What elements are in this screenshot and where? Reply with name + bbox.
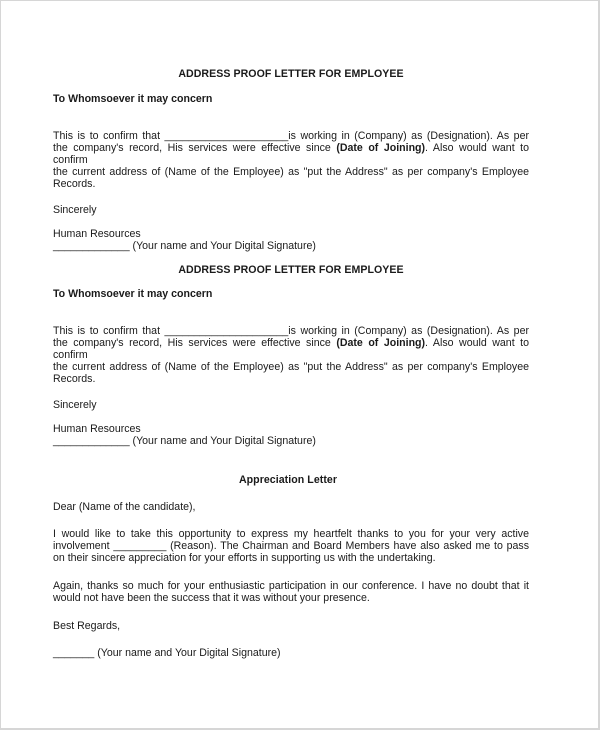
letter1-body-line1: This is to confirm that ________________… [53,130,529,142]
letter3-title: Appreciation Letter [0,474,578,486]
signature-text: (Your name and Your Digital Signature) [130,435,316,447]
letter2-body-line3: the current address of (Name of the Empl… [53,361,529,373]
letter2-body-line4: Records. [53,373,529,385]
letter1-title: ADDRESS PROOF LETTER FOR EMPLOYEE [1,68,581,80]
date-of-joining: (Date of Joining) [336,142,425,154]
letter2-salutation: To Whomsoever it may concern [53,288,529,300]
letter1-department: Human Resources [53,228,529,240]
signature-blank: _____________ [53,240,130,252]
letter1-body-line3: the current address of (Name of the Empl… [53,166,529,178]
signature-blank: _____________ [53,435,130,447]
letter3-para1-line3: on their sincere appreciation for your e… [53,552,529,564]
letter1-body-line4: Records. [53,178,529,190]
letter1-body-line2: the company's record, His services were … [53,142,529,166]
letter2-body-line1: This is to confirm that ________________… [53,325,529,337]
letter2-closing: Sincerely [53,399,529,411]
letter3-greeting: Dear (Name of the candidate), [53,501,529,513]
letter3-paragraph-2: Again, thanks so much for your enthusias… [53,580,529,604]
letter2-signature-line: _____________ (Your name and Your Digita… [53,435,529,447]
letter3-para2-line2: would not have been the success that it … [53,592,529,604]
document-page: ADDRESS PROOF LETTER FOR EMPLOYEE To Who… [0,0,600,730]
employee-name-blank: _____________________ [165,325,289,337]
date-of-joining: (Date of Joining) [336,337,425,349]
letter1-salutation: To Whomsoever it may concern [53,93,529,105]
signature-text: (Your name and Your Digital Signature) [94,647,280,659]
letter2-body-line2: the company's record, His services were … [53,337,529,361]
signature-text: (Your name and Your Digital Signature) [130,240,316,252]
letter3-para1-line2: involvement _________ (Reason). The Chai… [53,540,529,552]
letter2-title: ADDRESS PROOF LETTER FOR EMPLOYEE [1,264,581,276]
employee-name-blank: _____________________ [165,130,289,142]
letter1-signature-line: _____________ (Your name and Your Digita… [53,240,529,252]
letter1-body: This is to confirm that ________________… [53,130,529,190]
letter3-para2-line1: Again, thanks so much for your enthusias… [53,580,529,592]
letter3-paragraph-1: I would like to take this opportunity to… [53,528,529,564]
letter3-closing: Best Regards, [53,620,529,632]
letter2-body: This is to confirm that ________________… [53,325,529,385]
letter3-para1-line1: I would like to take this opportunity to… [53,528,529,540]
letter1-closing: Sincerely [53,204,529,216]
letter2-department: Human Resources [53,423,529,435]
signature-blank: _______ [53,647,94,659]
letter3-signature-line: _______ (Your name and Your Digital Sign… [53,647,529,659]
